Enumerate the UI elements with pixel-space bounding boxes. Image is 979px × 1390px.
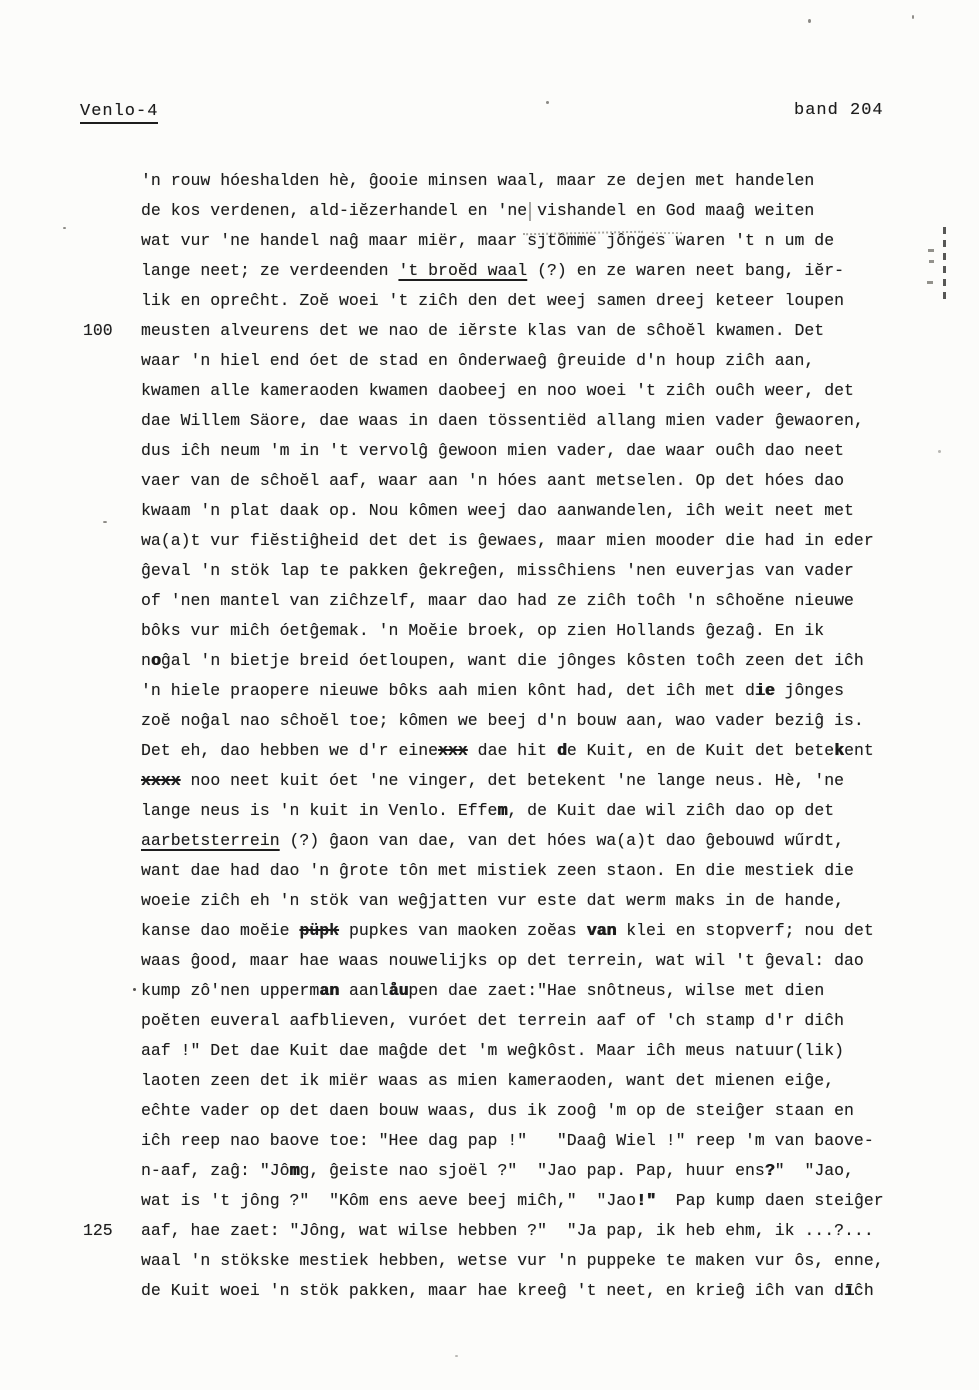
- line-text: aaf, hae zaet: "Jông, wat wilse hebben ?…: [141, 1221, 874, 1240]
- text-line: aarbetsterrein (?) ĝaon van dae, van det…: [141, 826, 884, 856]
- scan-speckle: [455, 1355, 458, 1357]
- line-text: kwamen alle kameraoden kwamen daobeej en…: [141, 381, 854, 400]
- text-line: xxxx noo neet kuit óet 'ne vinger, det b…: [141, 766, 884, 796]
- text-line: iĉh reep nao baove toe: "Hee dag pap !" …: [141, 1126, 884, 1156]
- text-line: poĕten euveral aafblieven, vuróet det te…: [141, 1006, 884, 1036]
- line-text: wat is 't jông ?" "Kôm ens aeve beej miĉ…: [141, 1191, 884, 1210]
- line-text: kump zô'nen upperman aanlåupen dae zaet:…: [141, 981, 824, 1000]
- line-text: 'n rouw hóeshalden hè, ĝooie minsen waal…: [141, 171, 814, 190]
- margin-tick: [928, 249, 934, 252]
- text-line: lange neet; ze verdeenden 't broĕd waal …: [141, 256, 884, 286]
- line-text: lik en opreĉht. Zoĕ woei 't ziĉh den det…: [141, 291, 844, 310]
- text-line: woeie ziĉh eh 'n stök van weĝjatten vur …: [141, 886, 884, 916]
- text-line: lik en opreĉht. Zoĕ woei 't ziĉh den det…: [141, 286, 884, 316]
- text-line: dae Willem Säore, dae waas in daen tösse…: [141, 406, 884, 436]
- line-text: poĕten euveral aafblieven, vuróet det te…: [141, 1011, 844, 1030]
- text-line: eĉhte vader op det daen bouw waas, dus i…: [141, 1096, 884, 1126]
- line-text: lange neet; ze verdeenden 't broĕd waal …: [141, 261, 844, 280]
- text-line: waas ĝood, maar hae waas nouwelijks op d…: [141, 946, 884, 976]
- scan-speckle: [938, 450, 941, 453]
- line-number: 100: [83, 316, 113, 346]
- text-line: kwaam 'n plat daak op. Nou kômen weej da…: [141, 496, 884, 526]
- text-line: 'n rouw hóeshalden hè, ĝooie minsen waal…: [141, 166, 884, 196]
- text-line: 125aaf, hae zaet: "Jông, wat wilse hebbe…: [141, 1216, 884, 1246]
- line-text: waas ĝood, maar hae waas nouwelijks op d…: [141, 951, 864, 970]
- page-title: Venlo-4: [80, 102, 158, 124]
- text-line: 100meusten alveurens det we nao de iĕrst…: [141, 316, 884, 346]
- line-text: ĝeval 'n stök lap te pakken ĝekreĝen, mi…: [141, 561, 854, 580]
- line-text: waar 'n hiel end óet de stad en ônderwae…: [141, 351, 814, 370]
- scan-speckle: [912, 15, 914, 19]
- line-text: kanse dao moĕie püpk pupkes van maoken z…: [141, 921, 874, 940]
- margin-tick: [929, 260, 934, 263]
- text-line: zoĕ noĝal nao sĉhoĕl toe; kômen we beej …: [141, 706, 884, 736]
- line-text: wat vur 'ne handel naĝ maar miër, maar s…: [141, 231, 834, 250]
- text-line: lange neus is 'n kuit in Venlo. Effem, d…: [141, 796, 884, 826]
- line-text: de kos verdenen, ald-iĕzerhandel en 'ne …: [141, 201, 814, 220]
- text-line: aaf !" Det dae Kuit dae maĝde det 'm weĝ…: [141, 1036, 884, 1066]
- scan-speckle: [133, 988, 136, 991]
- line-text: kwaam 'n plat daak op. Nou kômen weej da…: [141, 501, 854, 520]
- text-block: 'n rouw hóeshalden hè, ĝooie minsen waal…: [141, 166, 884, 1306]
- line-text: meusten alveurens det we nao de iĕrste k…: [141, 321, 824, 340]
- band-number: band 204: [794, 101, 884, 120]
- text-line: Det eh, dao hebben we d'r einexxx dae hi…: [141, 736, 884, 766]
- text-line: vaer van de sĉhoĕl aaf, waar aan 'n hóes…: [141, 466, 884, 496]
- line-text: waal 'n stökske mestiek hebben, wetse vu…: [141, 1251, 884, 1270]
- text-line: kump zô'nen upperman aanlåupen dae zaet:…: [141, 976, 884, 1006]
- text-line: laoten zeen det ik miër waas as mien kam…: [141, 1066, 884, 1096]
- text-line: waar 'n hiel end óet de stad en ônderwae…: [141, 346, 884, 376]
- line-text: n-aaf, zaĝ: "Jômg, ĝeiste nao sjoël ?" "…: [141, 1161, 854, 1180]
- text-line: kwamen alle kameraoden kwamen daobeej en…: [141, 376, 884, 406]
- line-text: iĉh reep nao baove toe: "Hee dag pap !" …: [141, 1131, 874, 1150]
- line-text: 'n hiele praopere nieuwe bôks aah mien k…: [141, 681, 844, 700]
- scan-speckle: [546, 101, 549, 104]
- line-text: dae Willem Säore, dae waas in daen tösse…: [141, 411, 864, 430]
- line-text: dus iĉh neum 'm in 't vervolĝ ĝewoon mie…: [141, 441, 844, 460]
- scanned-typescript-page: Venlo-4 band 204 'n rouw hóeshalden hè, …: [0, 0, 979, 1390]
- text-line: 'n hiele praopere nieuwe bôks aah mien k…: [141, 676, 884, 706]
- line-text: xxxx noo neet kuit óet 'ne vinger, det b…: [141, 771, 844, 790]
- pencil-scribble: [523, 221, 643, 236]
- right-margin-dashed-line: [943, 227, 946, 303]
- text-line: wat vur 'ne handel naĝ maar miër, maar s…: [141, 226, 884, 256]
- line-text: woeie ziĉh eh 'n stök van weĝjatten vur …: [141, 891, 844, 910]
- line-text: aarbetsterrein (?) ĝaon van dae, van det…: [141, 831, 844, 850]
- line-number: 125: [83, 1216, 113, 1246]
- text-line: n-aaf, zaĝ: "Jômg, ĝeiste nao sjoël ?" "…: [141, 1156, 884, 1186]
- line-text: want dae had dao 'n ĝrote tôn met mistie…: [141, 861, 854, 880]
- line-text: zoĕ noĝal nao sĉhoĕl toe; kômen we beej …: [141, 711, 864, 730]
- scan-speckle: [103, 521, 107, 523]
- text-line: wat is 't jông ?" "Kôm ens aeve beej miĉ…: [141, 1186, 884, 1216]
- line-text: noĝal 'n bietje breid óetloupen, want di…: [141, 651, 864, 670]
- scan-speckle: [63, 227, 66, 229]
- line-text: de Kuit woei 'n stök pakken, maar hae kr…: [141, 1281, 874, 1300]
- line-text: eĉhte vader op det daen bouw waas, dus i…: [141, 1101, 854, 1120]
- margin-tick: [927, 281, 933, 284]
- text-line: wa(a)t vur fiĕstiĝheid det det is ĝewaes…: [141, 526, 884, 556]
- text-line: bôks vur miĉh óetĝemak. 'n Moĕie broek, …: [141, 616, 884, 646]
- line-text: of 'nen mantel van ziĉhzelf, maar dao ha…: [141, 591, 854, 610]
- text-line: de kos verdenen, ald-iĕzerhandel en 'ne …: [141, 196, 884, 226]
- text-line: de Kuit woei 'n stök pakken, maar hae kr…: [141, 1276, 884, 1306]
- line-text: vaer van de sĉhoĕl aaf, waar aan 'n hóes…: [141, 471, 844, 490]
- line-text: lange neus is 'n kuit in Venlo. Effem, d…: [141, 801, 834, 820]
- text-line: of 'nen mantel van ziĉhzelf, maar dao ha…: [141, 586, 884, 616]
- text-line: kanse dao moĕie püpk pupkes van maoken z…: [141, 916, 884, 946]
- scan-speckle: [808, 19, 811, 23]
- text-line: dus iĉh neum 'm in 't vervolĝ ĝewoon mie…: [141, 436, 884, 466]
- text-line: waal 'n stökske mestiek hebben, wetse vu…: [141, 1246, 884, 1276]
- ink-tick-mark: [529, 202, 531, 221]
- text-line: noĝal 'n bietje breid óetloupen, want di…: [141, 646, 884, 676]
- text-line: ĝeval 'n stök lap te pakken ĝekreĝen, mi…: [141, 556, 884, 586]
- line-text: laoten zeen det ik miër waas as mien kam…: [141, 1071, 834, 1090]
- line-text: aaf !" Det dae Kuit dae maĝde det 'm weĝ…: [141, 1041, 844, 1060]
- line-text: bôks vur miĉh óetĝemak. 'n Moĕie broek, …: [141, 621, 824, 640]
- line-text: Det eh, dao hebben we d'r einexxx dae hi…: [141, 741, 874, 760]
- text-line: want dae had dao 'n ĝrote tôn met mistie…: [141, 856, 884, 886]
- pencil-scribble-short: [652, 224, 682, 234]
- line-text: wa(a)t vur fiĕstiĝheid det det is ĝewaes…: [141, 531, 874, 550]
